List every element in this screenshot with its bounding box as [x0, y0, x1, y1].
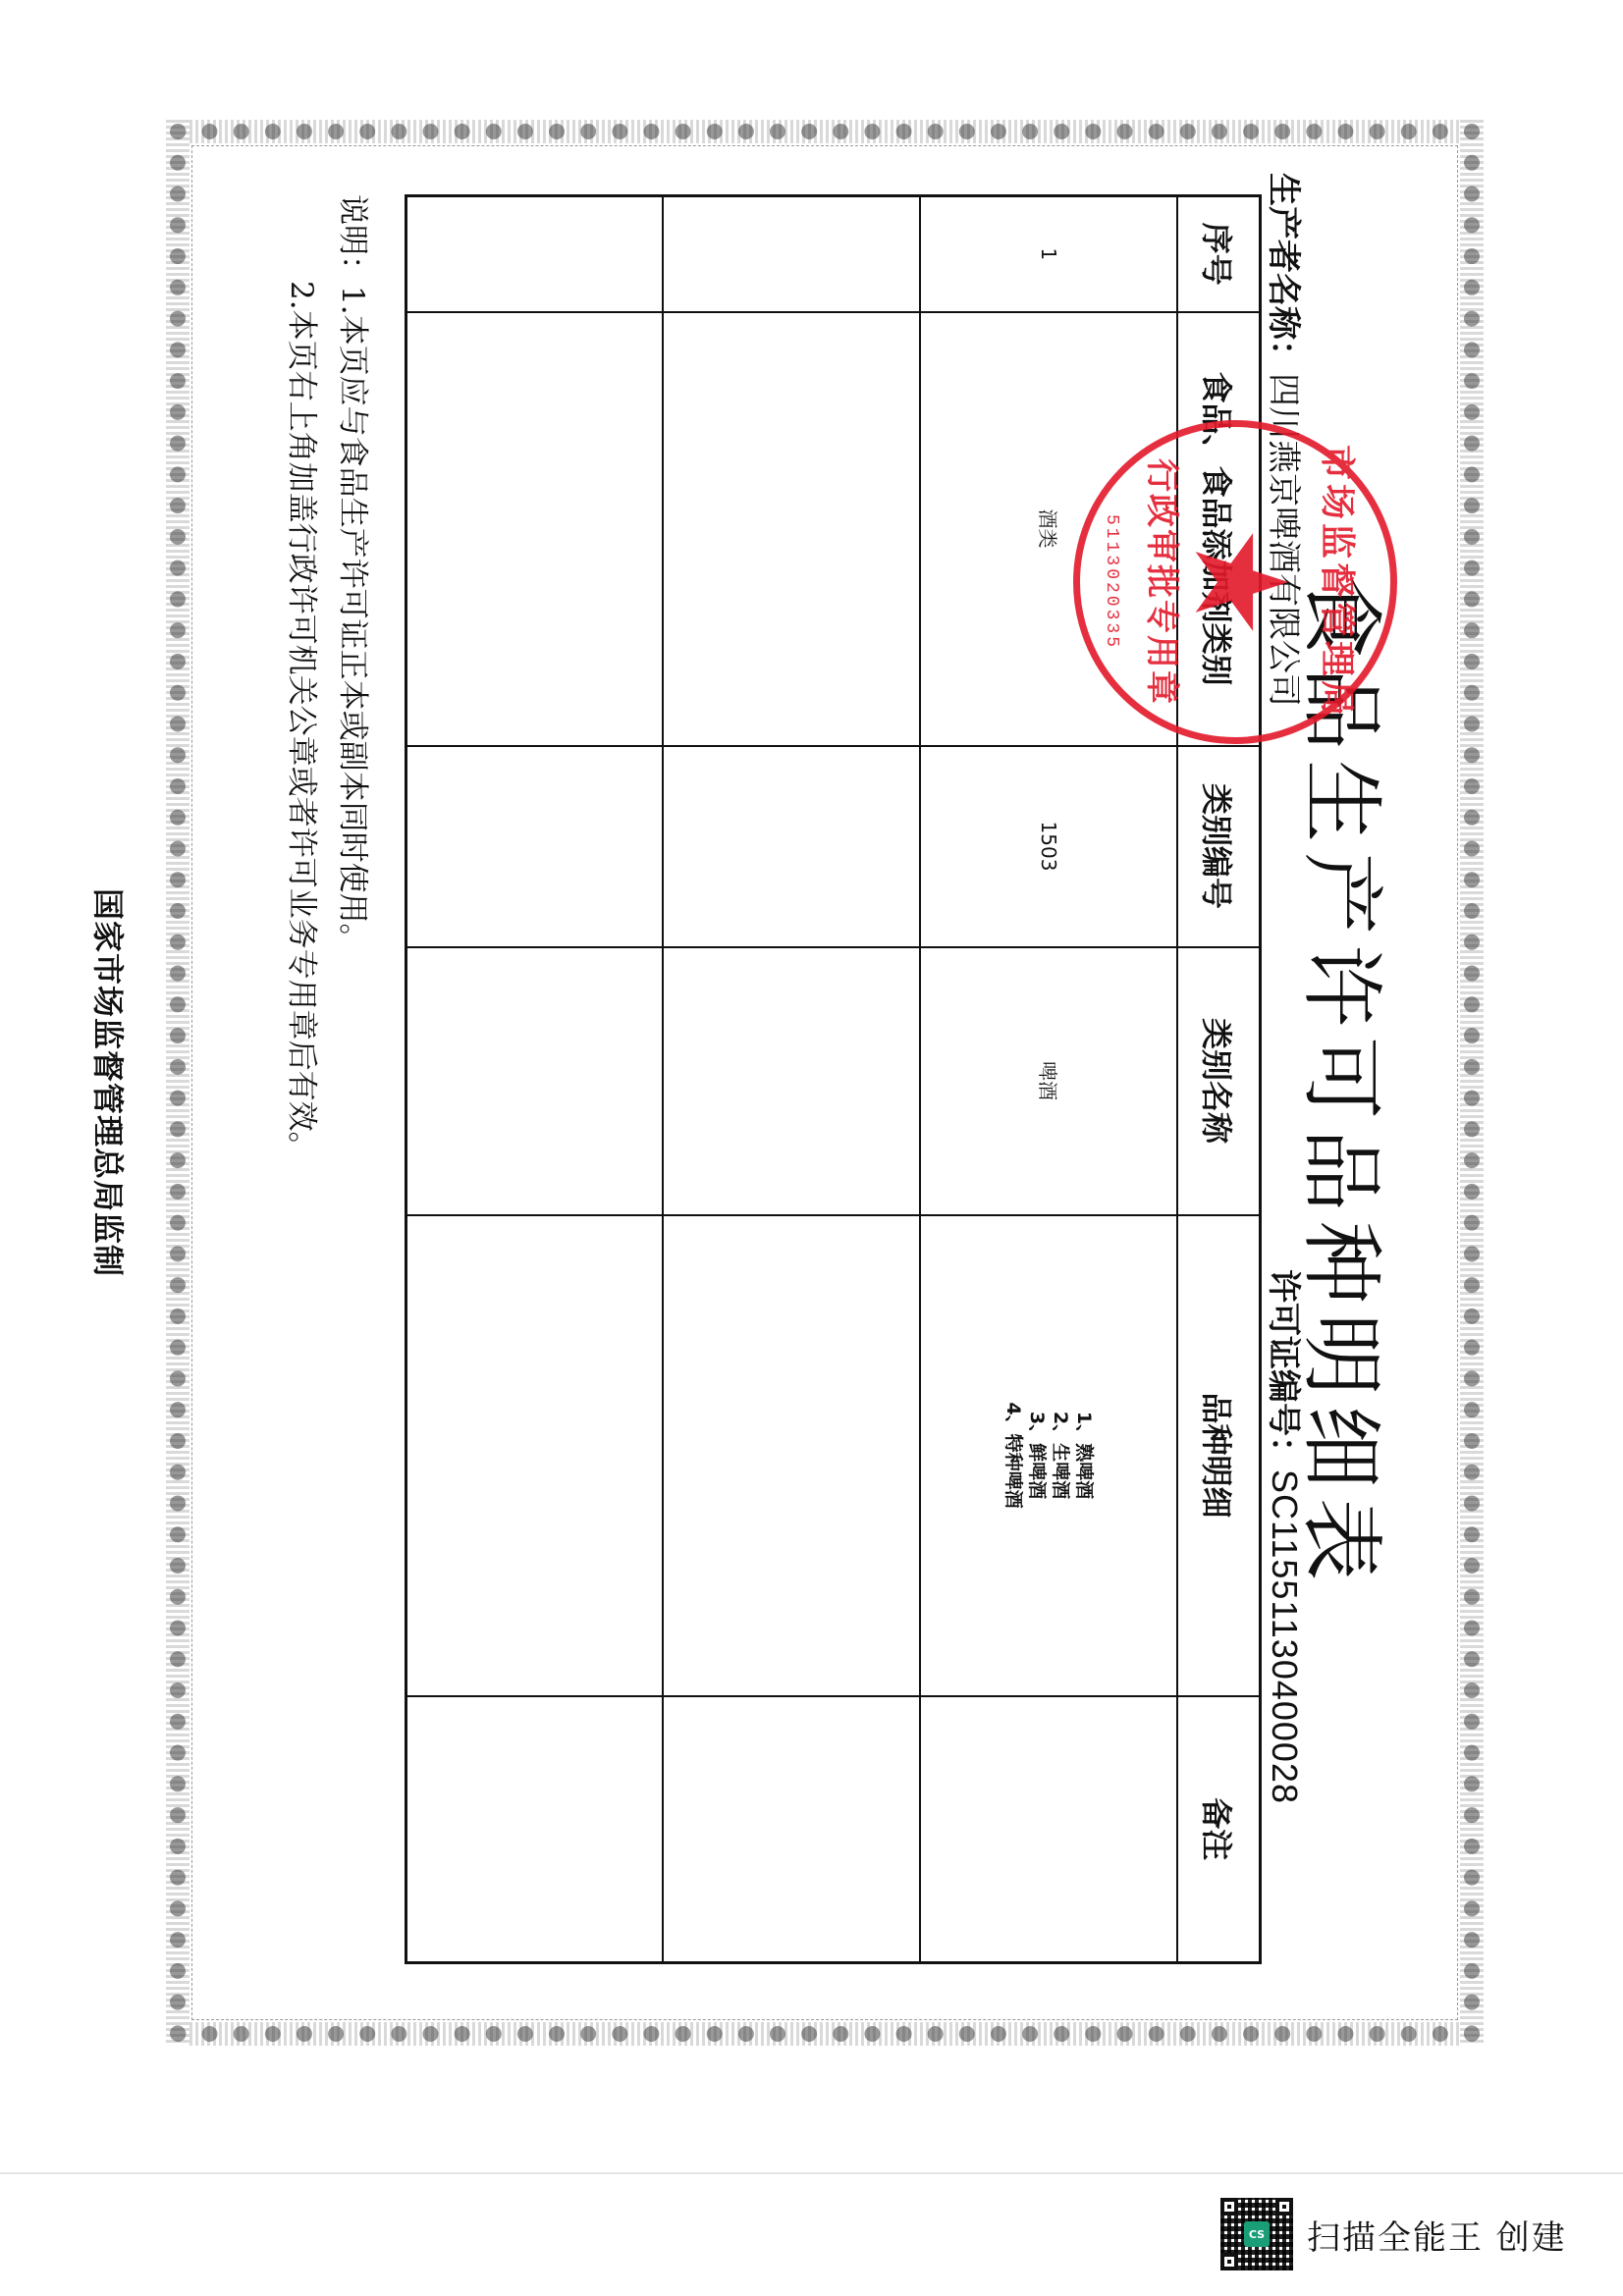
- header-category-code: 类别编号: [1178, 746, 1261, 947]
- cell-category-code: [406, 746, 664, 947]
- watermark-text: 扫描全能王 创建: [1307, 2211, 1567, 2259]
- cell-category-code: 1503: [921, 746, 1178, 947]
- seal-bottom-text: 行政审批专用章: [1141, 427, 1189, 737]
- variety-item: 4、特种啤酒: [1002, 1216, 1026, 1695]
- issuer-footer: 国家市场监督管理总局监制: [87, 96, 133, 2069]
- license-field: 许可证编号：SC11551130400028: [1263, 1269, 1311, 1804]
- star-icon: ★: [1176, 525, 1304, 640]
- header-varieties: 品种明细: [1178, 1215, 1261, 1696]
- cell-remarks: [921, 1696, 1178, 1963]
- variety-item: 1、熟啤酒: [1073, 1216, 1097, 1695]
- table-row: [406, 196, 664, 1963]
- cell-category-name: [664, 947, 921, 1215]
- cell-seq: [664, 196, 921, 312]
- camscanner-logo-icon: CS: [1244, 2221, 1270, 2247]
- license-label: 许可证编号：: [1264, 1269, 1303, 1469]
- notes-label: 说明：: [335, 194, 370, 286]
- cell-category: [406, 312, 664, 746]
- cell-remarks: [406, 1696, 664, 1963]
- seal-top-text: 市场监督管理局: [1315, 427, 1365, 737]
- variety-item: 3、鲜啤酒: [1026, 1216, 1050, 1695]
- cell-varieties: 1、熟啤酒 2、生啤酒 3、鲜啤酒 4、特种啤酒: [921, 1215, 1178, 1696]
- variety-item: 2、生啤酒: [1050, 1216, 1073, 1695]
- cell-remarks: [664, 1696, 921, 1963]
- cell-category-name: [406, 947, 664, 1215]
- cell-varieties: [406, 1215, 664, 1696]
- header-remarks: 备注: [1178, 1696, 1261, 1963]
- cell-seq: 1: [921, 196, 1178, 312]
- header-category-name: 类别名称: [1178, 947, 1261, 1215]
- producer-label: 生产者名称：: [1264, 173, 1303, 373]
- cell-category: [664, 312, 921, 746]
- cell-seq: [406, 196, 664, 312]
- qr-code-icon: CS: [1220, 2198, 1293, 2270]
- cell-category-name: 啤酒: [921, 947, 1178, 1215]
- license-number: SC11551130400028: [1265, 1469, 1305, 1804]
- cell-category-code: [664, 746, 921, 947]
- note-1: 说明：1.本页应与食品生产许可证正本或副本同时使用。: [327, 194, 378, 1162]
- notes: 说明：1.本页应与食品生产许可证正本或副本同时使用。 2.本页右上角加盖行政许可…: [276, 194, 378, 1162]
- scan-edge-line: [0, 2172, 1623, 2174]
- seal-serial: 5113020335: [1102, 427, 1121, 737]
- table-row: [664, 196, 921, 1963]
- license-document: 食品生产许可品种明细表 生产者名称：四川燕京啤酒有限公司 许可证编号：SC115…: [142, 96, 1507, 2069]
- header-seq: 序号: [1178, 196, 1261, 312]
- scanner-watermark: CS 扫描全能王 创建: [1220, 2195, 1567, 2273]
- cell-varieties: [664, 1215, 921, 1696]
- official-seal: 市场监督管理局 ★ 行政审批专用章 5113020335: [1073, 420, 1397, 744]
- note-2: 2.本页右上角加盖行政许可机关公章或者许可业务专用章后有效。: [276, 194, 327, 1162]
